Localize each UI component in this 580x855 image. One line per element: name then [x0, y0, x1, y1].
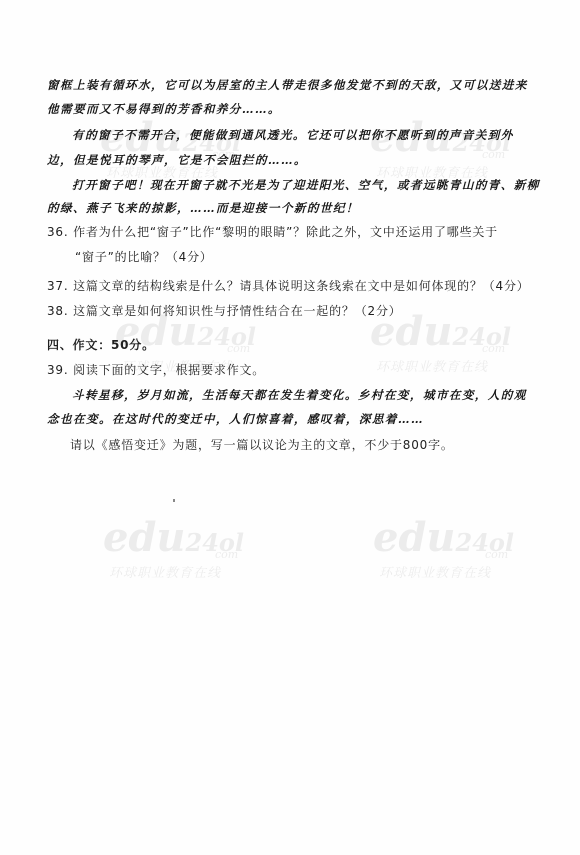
question-number: 37.	[47, 279, 68, 293]
passage-line: 有的窗子不需开合，便能做到通风透光。它还可以把你不愿听到的声音关到外	[72, 126, 514, 144]
watermark: edu24ol com 环球职业教育在线	[373, 518, 543, 588]
prompt-line: 念也在变。在这时代的变迁中，人们惊喜着，感叹着，深思着……	[47, 410, 424, 428]
passage-line: 的绿、燕子飞来的掠影，……而是迎接一个新的世纪！	[47, 199, 359, 217]
passage-line: 窗框上装有循环水，它可以为居室的主人带走很多他发觉不到的天敌，又可以送进来	[47, 76, 528, 94]
watermark: edu24ol com 环球职业教育在线	[370, 312, 540, 382]
question-number: 36.	[47, 225, 68, 239]
passage-line: 他需要而又不易得到的芳香和养分……。	[47, 100, 281, 118]
question-39: 39. 阅读下面的文字，根据要求作文。	[47, 361, 265, 379]
question-number: 38.	[47, 304, 68, 318]
question-text: 阅读下面的文字，根据要求作文。	[73, 363, 265, 377]
section-heading: 四、作文：50分。	[47, 336, 155, 354]
question-number: 39.	[47, 363, 68, 377]
question-37: 37. 这篇文章的结构线索是什么？请具体说明这条线索在文中是如何体现的？（4分）	[47, 277, 530, 295]
question-36: 36. 作者为什么把“窗子”比作“黎明的眼睛”？除此之外，文中还运用了哪些关于	[47, 223, 498, 241]
watermark: edu24ol com 环球职业教育在线	[103, 518, 273, 588]
exam-page: edu24ol com 环球职业教育在线 edu24ol com 环球职业教育在…	[0, 0, 580, 855]
prompt-line: 斗转星移，岁月如流，生活每天都在发生着变化。乡村在变，城市在变，人的观	[72, 386, 527, 404]
question-38: 38. 这篇文章是如何将知识性与抒情性结合在一起的？（2分）	[47, 302, 402, 320]
passage-line: 打开窗子吧！现在开窗子就不光是为了迎进阳光、空气，或者远眺青山的青、新柳	[72, 176, 540, 194]
passage-line: 边，但是悦耳的琴声，它是不会阻拦的……。	[47, 151, 307, 169]
question-text: 这篇文章是如何将知识性与抒情性结合在一起的？（2分）	[73, 304, 401, 318]
question-text: 作者为什么把“窗子”比作“黎明的眼睛”？除此之外，文中还运用了哪些关于	[73, 225, 498, 239]
writing-task: 请以《感悟变迁》为题，写一篇以议论为主的文章，不少于800字。	[70, 436, 454, 454]
speck	[173, 499, 175, 502]
question-text: 这篇文章的结构线索是什么？请具体说明这条线索在文中是如何体现的？（4分）	[73, 279, 529, 293]
question-36-continued: “窗子”的比喻？（4分）	[75, 248, 213, 266]
